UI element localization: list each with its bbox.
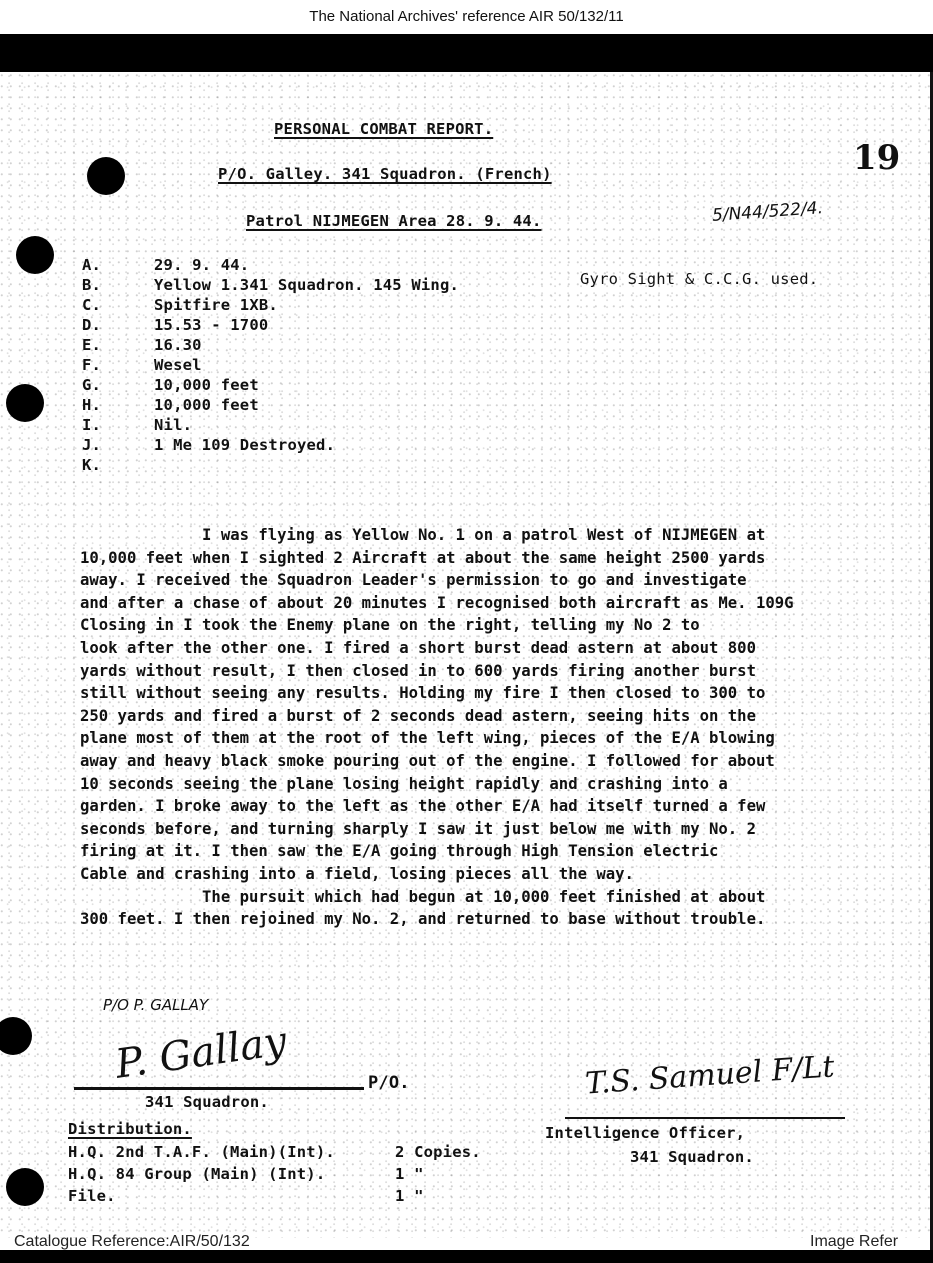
- punch-hole-5: [6, 1168, 44, 1206]
- narrative-line: Cable and crashing into a field, losing …: [80, 863, 930, 886]
- field-row: A.29. 9. 44.: [82, 256, 249, 276]
- field-value: 10,000 feet: [154, 376, 259, 394]
- pilot-rank: P/O.: [368, 1073, 410, 1093]
- field-row: G.10,000 feet: [82, 376, 259, 396]
- narrative-line: 10,000 feet when I sighted 2 Aircraft at…: [80, 547, 930, 570]
- field-row: K.: [82, 456, 154, 476]
- field-row: J.1 Me 109 Destroyed.: [82, 436, 335, 456]
- field-value: Spitfire 1XB.: [154, 296, 278, 314]
- distribution-recipient: File.: [68, 1187, 116, 1205]
- scan-border-bottom: [0, 1250, 933, 1263]
- field-letter: F.: [82, 356, 154, 374]
- field-value: Yellow 1.341 Squadron. 145 Wing.: [154, 276, 459, 294]
- pilot-signature-line: [74, 1087, 364, 1090]
- field-value: 15.53 - 1700: [154, 316, 268, 334]
- field-row: I.Nil.: [82, 416, 192, 436]
- officer-title: Intelligence Officer,: [545, 1124, 745, 1142]
- field-value: Nil.: [154, 416, 192, 434]
- field-letter: K.: [82, 456, 154, 474]
- field-row: B.Yellow 1.341 Squadron. 145 Wing.: [82, 276, 459, 296]
- distribution-heading: Distribution.: [68, 1120, 192, 1138]
- field-row: E.16.30: [82, 336, 202, 356]
- field-value: 1 Me 109 Destroyed.: [154, 436, 335, 454]
- narrative-line: Closing in I took the Enemy plane on the…: [80, 614, 930, 637]
- narrative-line: I was flying as Yellow No. 1 on a patrol…: [80, 524, 930, 547]
- field-letter: G.: [82, 376, 154, 394]
- narrative-line: 300 feet. I then rejoined my No. 2, and …: [80, 908, 930, 931]
- field-row: F.Wesel: [82, 356, 202, 376]
- field-letter: J.: [82, 436, 154, 454]
- narrative-line: still without seeing any results. Holdin…: [80, 682, 930, 705]
- field-value: 10,000 feet: [154, 396, 259, 414]
- narrative-line: yards without result, I then closed in t…: [80, 660, 930, 683]
- narrative-line: plane most of them at the root of the le…: [80, 727, 930, 750]
- image-reference: Image Refer: [810, 1233, 898, 1251]
- narrative-line: look after the other one. I fired a shor…: [80, 637, 930, 660]
- gyro-sight-note: Gyro Sight & C.C.G. used.: [580, 270, 818, 288]
- scan-border-top: [0, 34, 933, 72]
- distribution-copies: 1 ": [395, 1165, 424, 1183]
- catalogue-reference: Catalogue Reference:AIR/50/132: [14, 1233, 250, 1251]
- archive-reference-header: The National Archives' reference AIR 50/…: [0, 0, 933, 34]
- narrative-line: away. I received the Squadron Leader's p…: [80, 569, 930, 592]
- narrative-line: away and heavy black smoke pouring out o…: [80, 750, 930, 773]
- narrative-line: 250 yards and fired a burst of 2 seconds…: [80, 705, 930, 728]
- field-letter: E.: [82, 336, 154, 354]
- pilot-unit: 341 Squadron.: [145, 1093, 269, 1111]
- field-row: D.15.53 - 1700: [82, 316, 268, 336]
- distribution-recipient: H.Q. 84 Group (Main) (Int).: [68, 1165, 325, 1183]
- field-letter: C.: [82, 296, 154, 314]
- distribution-recipient: H.Q. 2nd T.A.F. (Main)(Int).: [68, 1143, 335, 1161]
- field-row: C.Spitfire 1XB.: [82, 296, 278, 316]
- distribution-copies: 2 Copies.: [395, 1143, 481, 1161]
- field-value: Wesel: [154, 356, 202, 374]
- field-value: 29. 9. 44.: [154, 256, 249, 274]
- field-letter: H.: [82, 396, 154, 414]
- narrative-line: 10 seconds seeing the plane losing heigh…: [80, 773, 930, 796]
- page-number: 19: [853, 138, 900, 178]
- field-letter: B.: [82, 276, 154, 294]
- officer-signature-line: [565, 1117, 845, 1119]
- field-letter: D.: [82, 316, 154, 334]
- narrative-line: seconds before, and turning sharply I sa…: [80, 818, 930, 841]
- narrative-line: and after a chase of about 20 minutes I …: [80, 592, 930, 615]
- punch-hole-1: [87, 157, 125, 195]
- field-value: 16.30: [154, 336, 202, 354]
- officer-unit: 341 Squadron.: [630, 1148, 754, 1166]
- field-letter: A.: [82, 256, 154, 274]
- punch-hole-3: [6, 384, 44, 422]
- narrative-line: The pursuit which had begun at 10,000 fe…: [80, 886, 930, 909]
- pilot-subtitle: P/O. Galley. 341 Squadron. (French): [218, 165, 552, 183]
- field-letter: I.: [82, 416, 154, 434]
- patrol-line: Patrol NIJMEGEN Area 28. 9. 44.: [246, 212, 542, 230]
- narrative-line: garden. I broke away to the left as the …: [80, 795, 930, 818]
- combat-narrative: I was flying as Yellow No. 1 on a patrol…: [80, 524, 930, 931]
- field-row: H.10,000 feet: [82, 396, 259, 416]
- pilot-printed-name: P/O P. GALLAY: [103, 996, 208, 1014]
- distribution-copies: 1 ": [395, 1187, 424, 1205]
- catalogue-footer: Catalogue Reference:AIR/50/132 Image Ref…: [0, 1233, 933, 1250]
- punch-hole-2: [16, 236, 54, 274]
- narrative-line: firing at it. I then saw the E/A going t…: [80, 840, 930, 863]
- report-title: PERSONAL COMBAT REPORT.: [274, 120, 493, 138]
